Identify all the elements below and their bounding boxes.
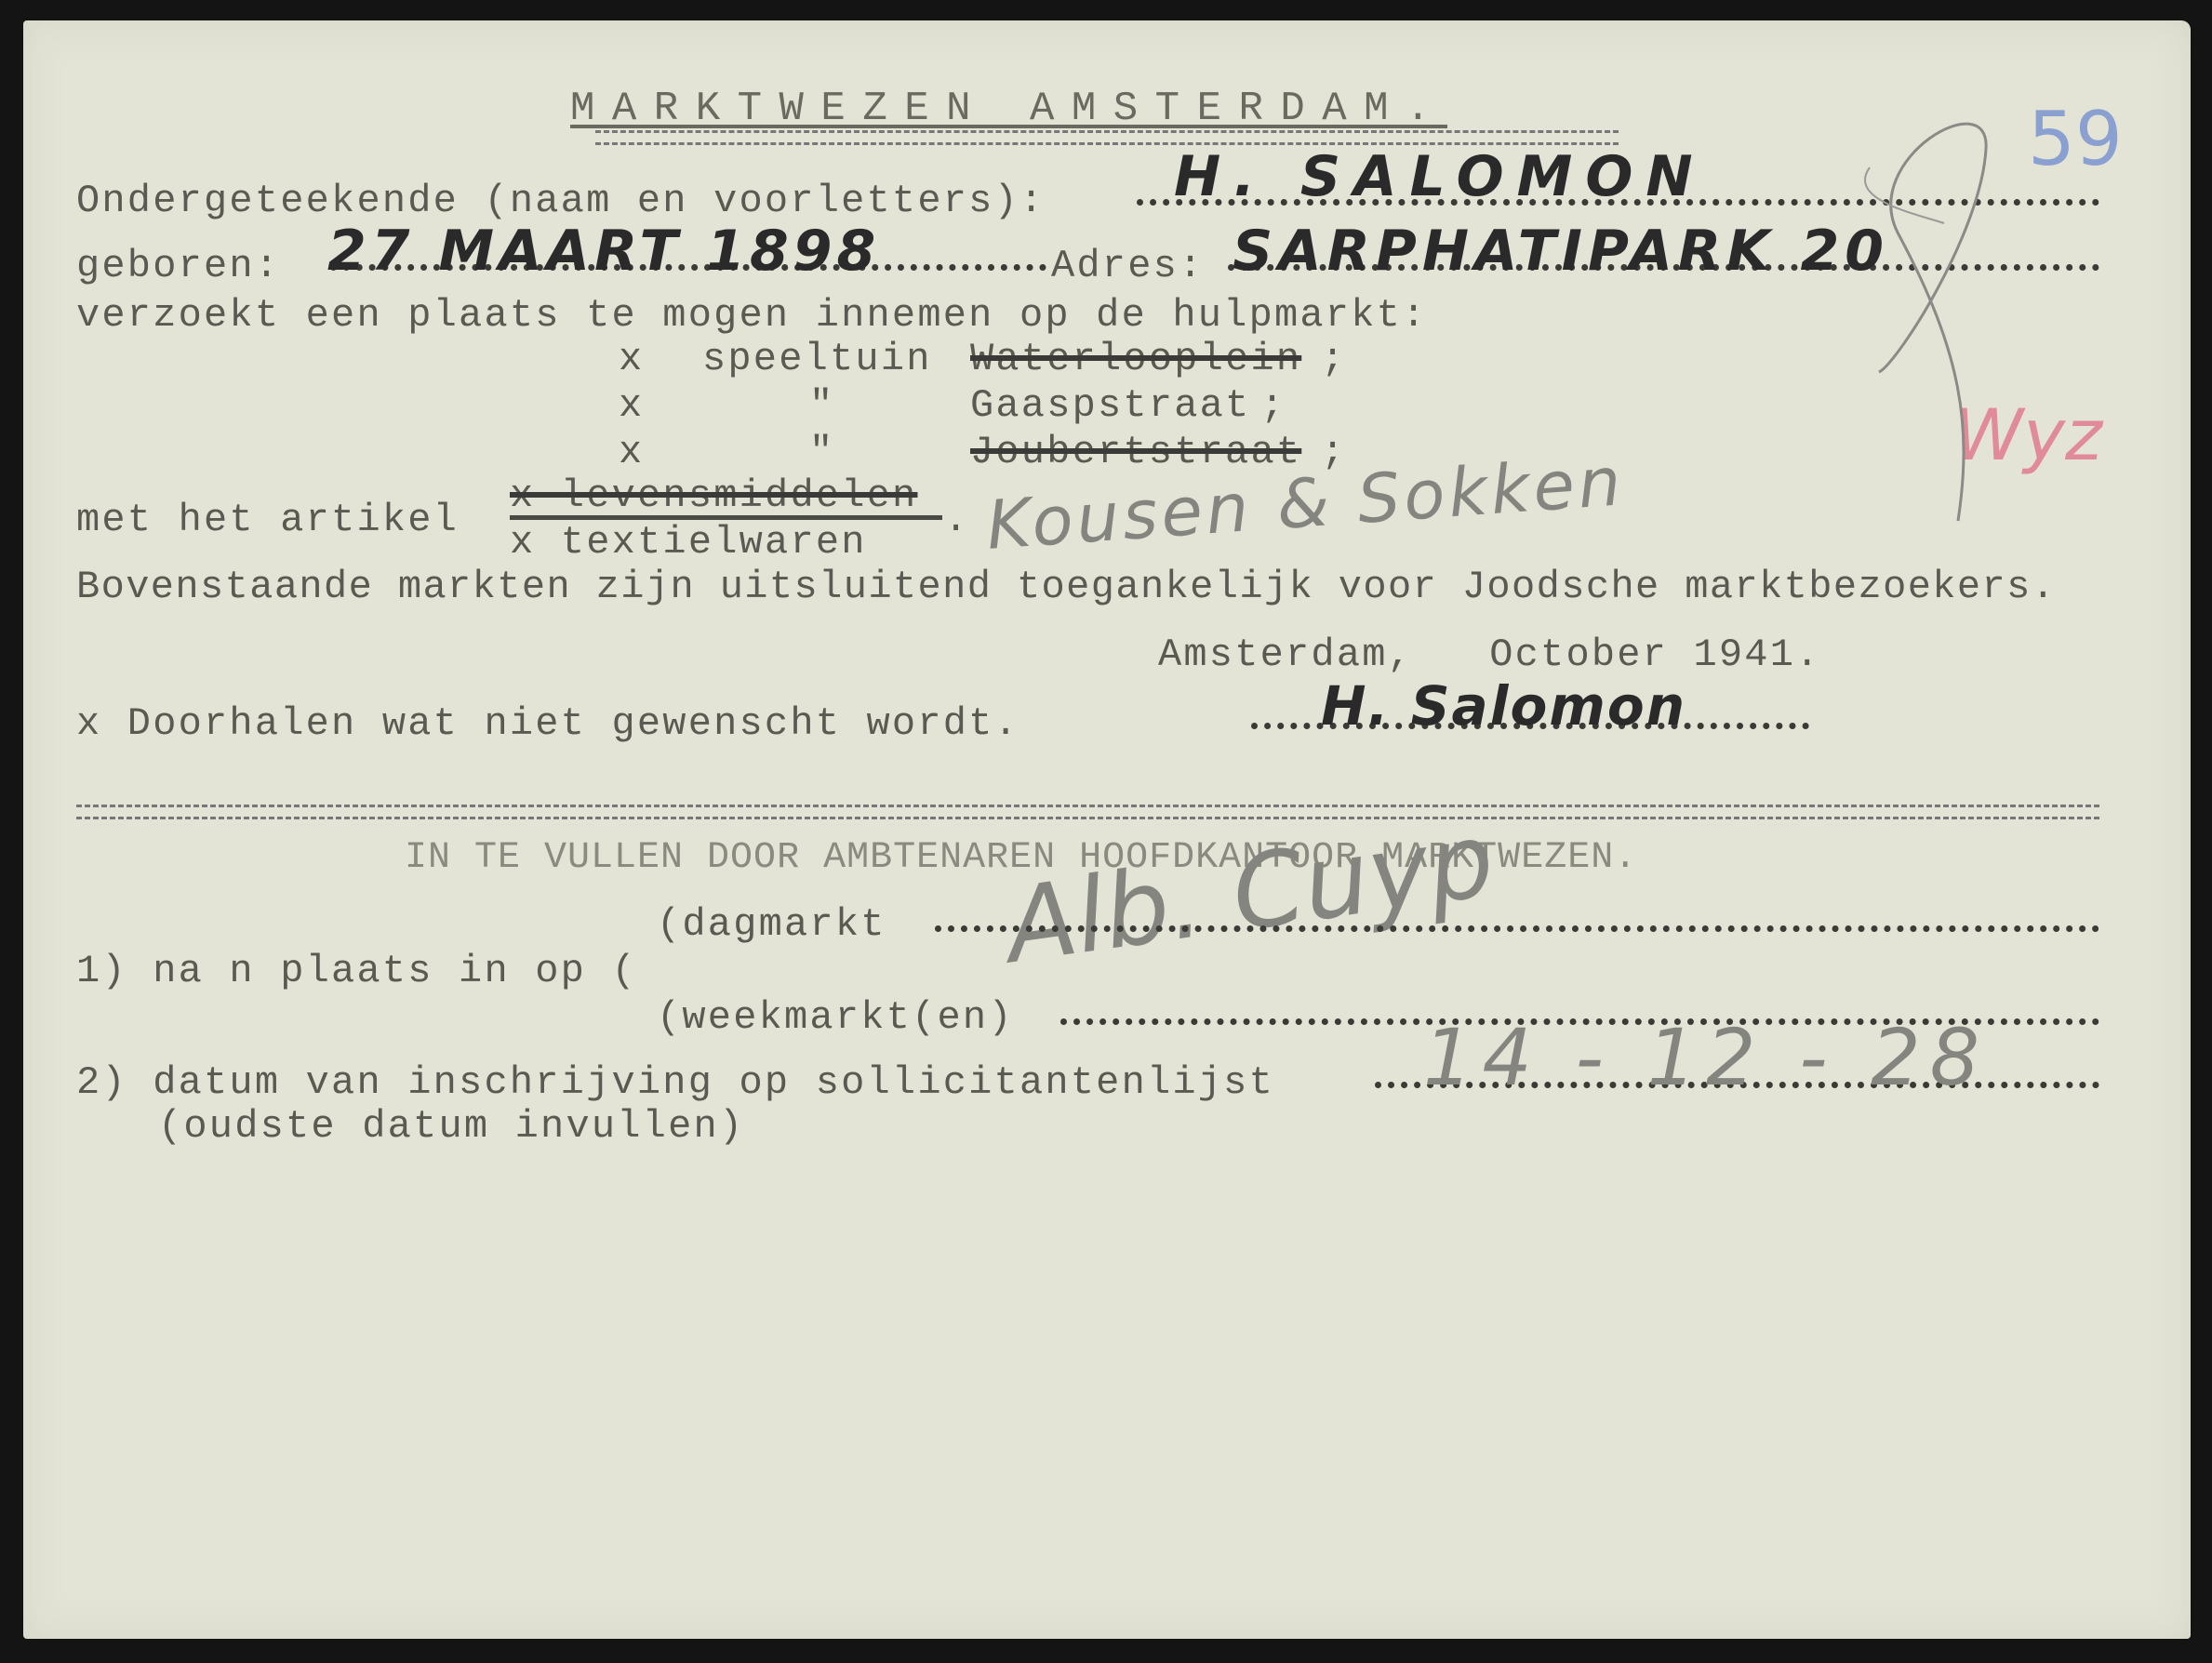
article-label: met het artikel [76, 500, 459, 539]
market-1-type: speeltuin [702, 339, 932, 379]
market-2-mark[interactable]: x [619, 386, 644, 425]
market-1-suffix: ; [1321, 339, 1346, 379]
market-1-mark[interactable]: x [619, 339, 644, 379]
market-3-type: " [809, 432, 834, 472]
item1-label: 1) na n plaats in op ( [76, 951, 637, 991]
document-title: MARKTWEZEN AMSTERDAM. [570, 88, 1447, 129]
born-value[interactable]: 27 MAART 1898 [327, 223, 880, 279]
article-period: . [944, 500, 969, 539]
address-label: Adres: [1051, 246, 1204, 286]
market-1-location: Waterlooplein [970, 339, 1301, 379]
item2-note: (oudste datum invullen) [158, 1107, 744, 1146]
article-option-textile[interactable]: x textielwaren [510, 523, 867, 562]
item2-label: 2) datum van inschrijving op sollicitant… [76, 1063, 1274, 1102]
dagmarkt-label: (dagmarkt [657, 905, 886, 944]
red-annotation-initials: Wyz [1953, 400, 2102, 471]
section-double-rule [76, 805, 2099, 819]
place-date: Amsterdam, October 1941. [1158, 635, 1821, 674]
title-double-rule [595, 130, 1619, 145]
market-3-mark[interactable]: x [619, 432, 644, 472]
footnote: x Doorhalen wat niet gewenscht wordt. [76, 704, 1019, 743]
article-option-food[interactable]: x levensmiddelen [510, 476, 917, 515]
market-2-type: " [809, 386, 834, 425]
born-label: geboren: [76, 246, 280, 286]
notice-text: Bovenstaande markten zijn uitsluitend to… [76, 567, 2056, 606]
name-label: Ondergeteekende (naam en voorletters): [76, 181, 1045, 220]
dagmarkt-dotted-line[interactable] [935, 925, 2099, 932]
blue-annotation-number: 59 [2028, 102, 2123, 177]
market-2-suffix: ; [1260, 386, 1286, 425]
name-value[interactable]: H. SALOMON [1174, 149, 1706, 205]
address-value[interactable]: SARPHATIPARK 20 [1233, 223, 1889, 279]
market-2-location: Gaaspstraat [970, 386, 1250, 425]
request-line: verzoekt een plaats te mogen innemen op … [76, 296, 1427, 335]
market-3-location: Joubertstraat [970, 432, 1301, 472]
weekmarkt-label: (weekmarkt(en) [657, 998, 1014, 1037]
item2-value[interactable]: 14 - 12 - 28 [1423, 1018, 1989, 1097]
signature[interactable]: H. Salomon [1321, 679, 1686, 733]
